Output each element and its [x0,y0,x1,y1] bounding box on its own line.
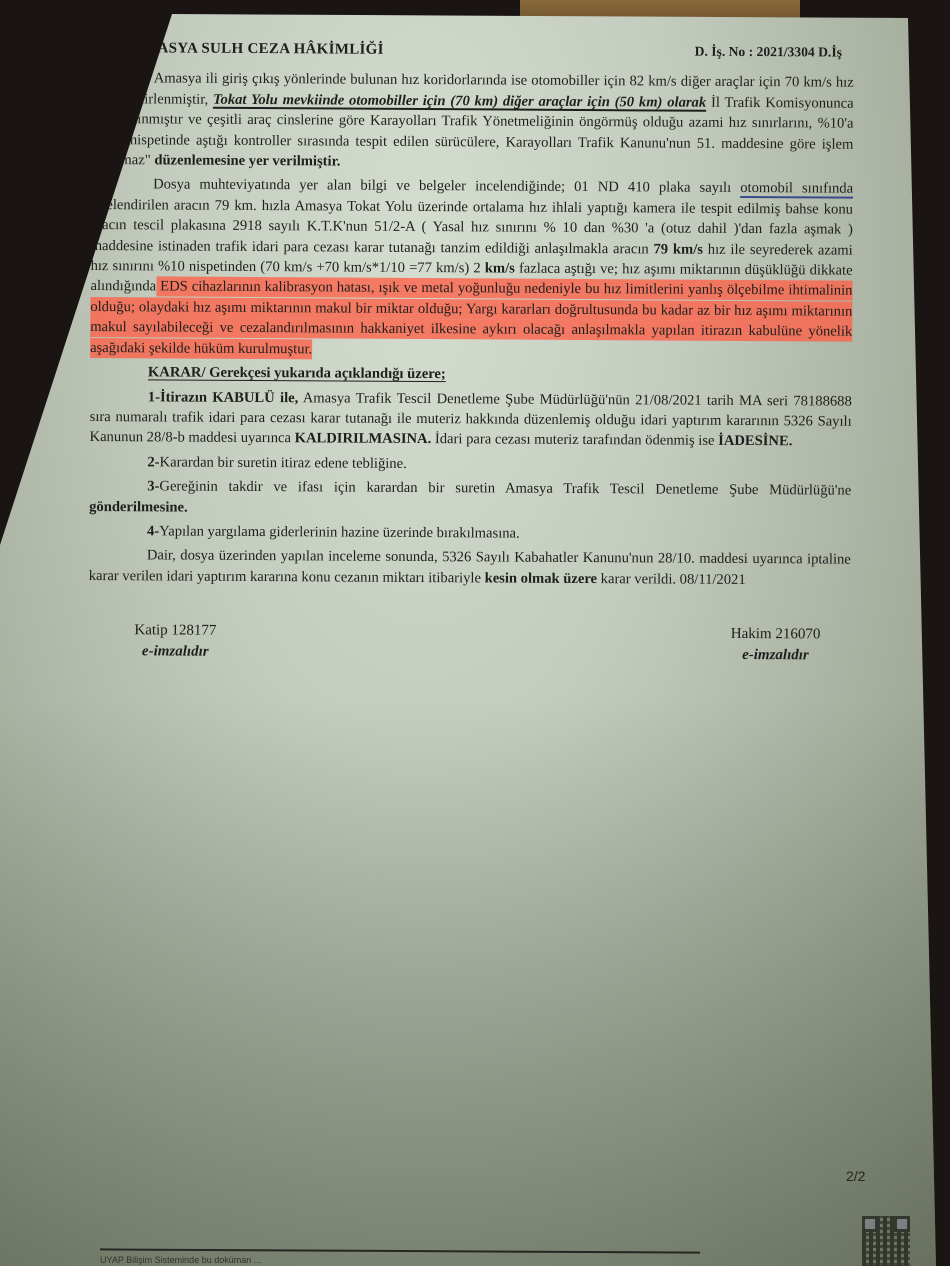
pen-underline-vehicle-class: otomobil sınıfında [740,180,853,197]
underlined-speed-limit: Tokat Yolu mevkiinde otomobiller için (7… [213,92,706,111]
signature-block: Katip 128177 e-imzalıdır Hakim 216070 e-… [88,620,850,665]
decision-item-3: 3-Gereğinin takdir ve ifası için kararda… [89,476,851,521]
court-name: AMASYA SULH CEZA HÂKİMLİĞİ [132,38,384,60]
document-header: AMASYA SULH CEZA HÂKİMLİĞİ D. İş. No : 2… [92,38,854,63]
case-number: D. İş. No : 2021/3304 D.İş [695,42,842,63]
page-number: 2/2 [846,1168,865,1184]
document-body: AMASYA SULH CEZA HÂKİMLİĞİ D. İş. No : 2… [88,38,854,666]
footer-text: UYAP Bilişim Sisteminde bu doküman ... [100,1255,261,1265]
judge-signature: Hakim 216070 e-imzalıdır [731,624,821,665]
highlighted-reasoning: EDS cihazlarının kalibrasyon hatası, ışı… [90,277,852,359]
qr-code-icon [862,1216,910,1266]
footer-divider [100,1248,700,1253]
decision-item-2: 2-Karardan bir suretin itiraz edene tebl… [89,452,851,477]
paragraph-case-facts: Dosya muhteviyatında yer alan bilgi ve b… [90,174,853,362]
decision-heading: KARAR/ Gerekçesi yukarıda açıklandığı üz… [90,362,852,387]
clerk-signature: Katip 128177 e-imzalıdır [134,620,216,661]
decision-item-1: 1-İtirazın KABULÜ ile, Amasya Trafik Tes… [89,386,851,452]
decision-item-4: 4-Yapılan yargılama giderlerinin hazine … [89,521,851,546]
closing-paragraph: Dair, dosya üzerinden yapılan inceleme s… [89,545,851,590]
document-page: AMASYA SULH CEZA HÂKİMLİĞİ D. İş. No : 2… [0,0,940,1266]
paragraph-speed-limits: Amasya ili giriş çıkış yönlerinde buluna… [91,68,854,175]
